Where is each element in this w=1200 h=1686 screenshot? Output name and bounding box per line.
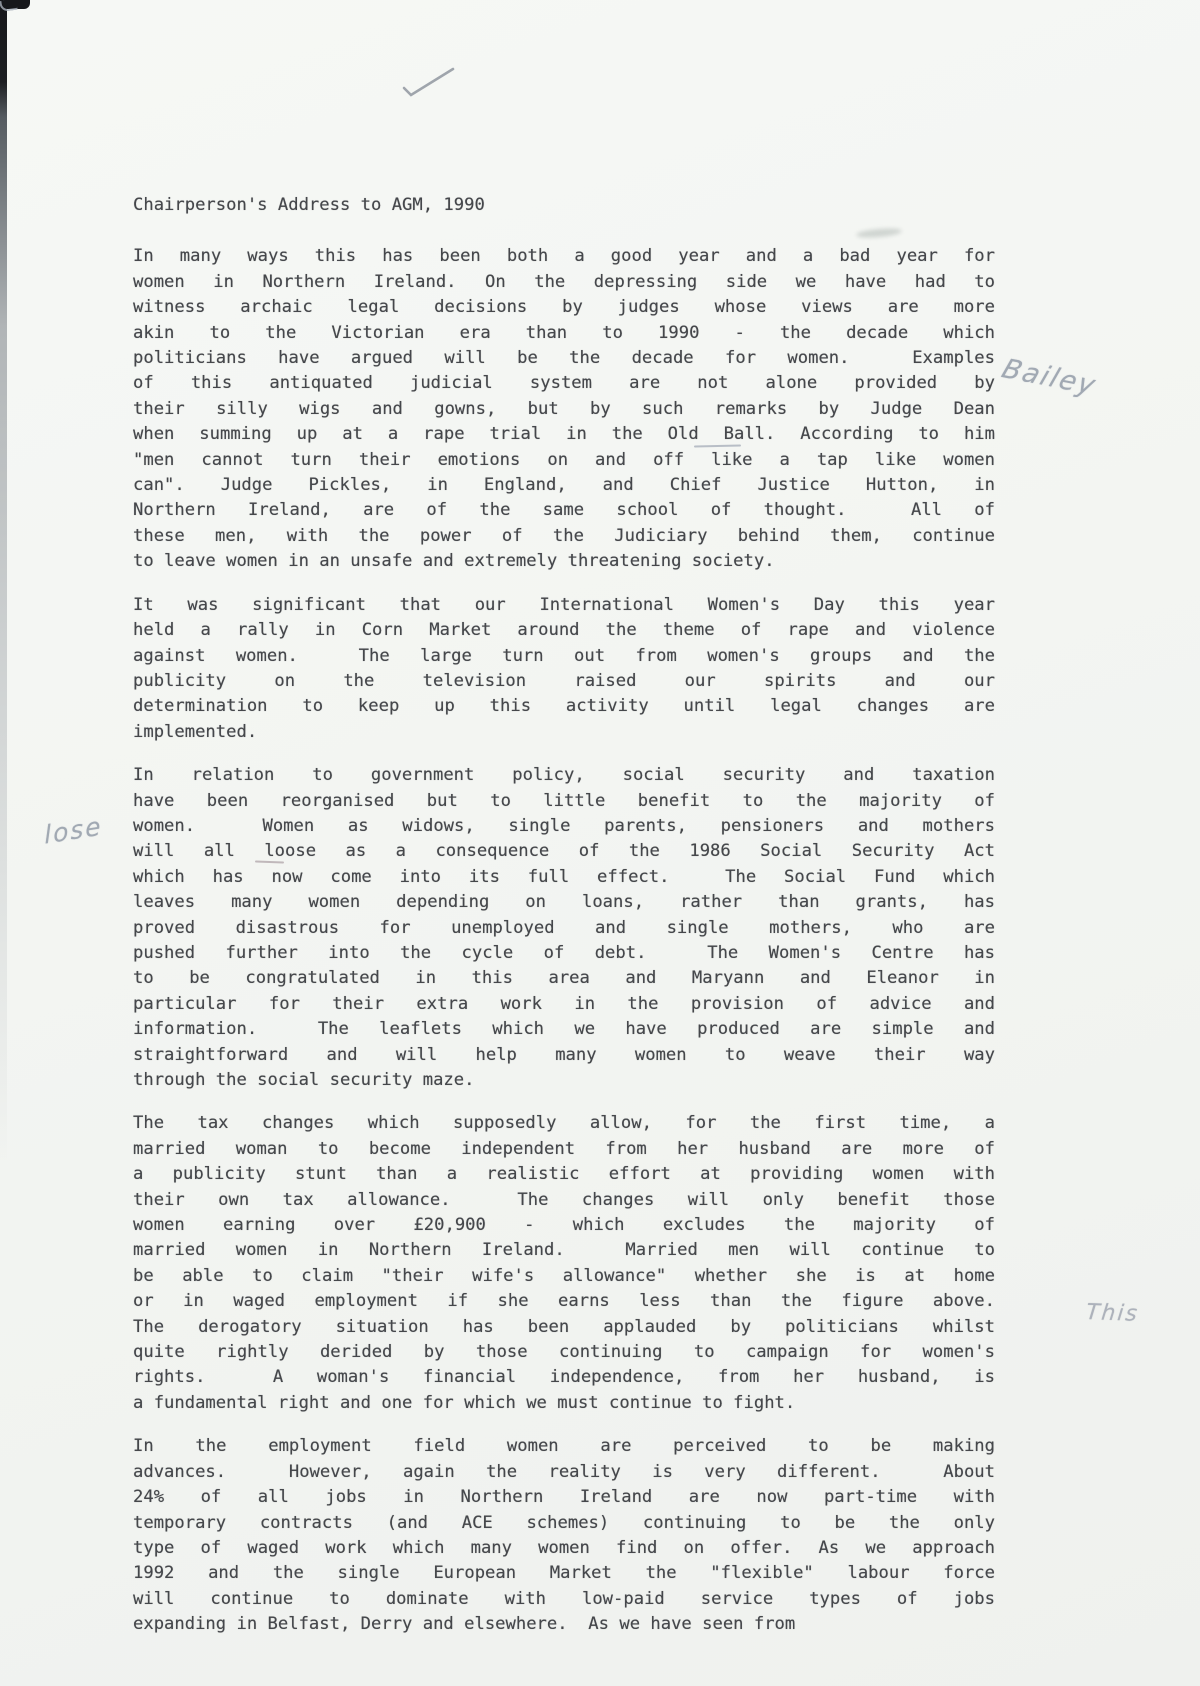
text-line: witness archaic legal decisions by judge… (133, 295, 995, 320)
text-line: politicians have argued will be the deca… (133, 346, 995, 371)
text-line: held a rally in Corn Market around the t… (133, 618, 995, 643)
text-line: women earning over £20,900 - which exclu… (133, 1213, 995, 1238)
text-line: a publicity stunt than a realistic effor… (133, 1162, 995, 1187)
paragraph: In the employment field women are percei… (133, 1434, 995, 1637)
text-line: can". Judge Pickles, in England, and Chi… (133, 473, 995, 498)
text-line: In many ways this has been both a good y… (133, 244, 995, 269)
checkmark-icon (393, 60, 459, 102)
text-line: their own tax allowance. The changes wil… (133, 1188, 995, 1213)
paragraph: The tax changes which supposedly allow, … (133, 1111, 995, 1416)
text-line: proved disastrous for unemployed and sin… (133, 916, 995, 941)
text-line: temporary contracts (and ACE schemes) co… (133, 1511, 995, 1536)
text-line: "men cannot turn their emotions on and o… (133, 448, 995, 473)
text-line: to be congratulated in this area and Mar… (133, 966, 995, 991)
text-line: to leave women in an unsafe and extremel… (133, 549, 995, 574)
text-line: or in waged employment if she earns less… (133, 1289, 995, 1314)
text-line: be able to claim "their wife's allowance… (133, 1264, 995, 1289)
text-line: The derogatory situation has been applau… (133, 1315, 995, 1340)
page-title: Chairperson's Address to AGM, 1990 (133, 193, 995, 218)
text-line: It was significant that our Internationa… (133, 593, 995, 618)
text-line: these men, with the power of the Judicia… (133, 524, 995, 549)
text-line: will continue to dominate with low-paid … (133, 1587, 995, 1612)
text-line: straightforward and will help many women… (133, 1043, 995, 1068)
text-line: particular for their extra work in the p… (133, 992, 995, 1017)
text-line: advances. However, again the reality is … (133, 1460, 995, 1485)
text-line: The tax changes which supposedly allow, … (133, 1111, 995, 1136)
document-body: In many ways this has been both a good y… (133, 244, 995, 1637)
text-line: quite rightly derided by those continuin… (133, 1340, 995, 1365)
handwritten-note-bailey: Bailey (998, 354, 1101, 402)
text-line: have been reorganised but to little bene… (133, 789, 995, 814)
paragraph: In many ways this has been both a good y… (133, 244, 995, 574)
text-line: akin to the Victorian era than to 1990 -… (133, 321, 995, 346)
scanned-page: Chairperson's Address to AGM, 1990 In ma… (0, 0, 1200, 1686)
text-line: expanding in Belfast, Derry and elsewher… (133, 1612, 995, 1637)
text-line: In relation to government policy, social… (133, 763, 995, 788)
text-line: women in Northern Ireland. On the depres… (133, 270, 995, 295)
text-line: 24% of all jobs in Northern Ireland are … (133, 1485, 995, 1510)
text-line: through the social security maze. (133, 1068, 995, 1093)
text-line: a fundamental right and one for which we… (133, 1391, 995, 1416)
text-line: married woman to become independent from… (133, 1137, 995, 1162)
text-line: leaves many women depending on loans, ra… (133, 890, 995, 915)
text-line: determination to keep up this activity u… (133, 694, 995, 719)
text-line: information. The leaflets which we have … (133, 1017, 995, 1042)
scan-edge-artifact-left (0, 0, 7, 1170)
paragraph: It was significant that our Internationa… (133, 593, 995, 745)
text-line: of this antiquated judicial system are n… (133, 371, 995, 396)
text-line: rights. A woman's financial independence… (133, 1365, 995, 1390)
text-line: implemented. (133, 720, 995, 745)
text-line: married women in Northern Ireland. Marri… (133, 1238, 995, 1263)
text-line: publicity on the television raised our s… (133, 669, 995, 694)
text-line: 1992 and the single European Market the … (133, 1561, 995, 1586)
text-line: which has now come into its full effect.… (133, 865, 995, 890)
text-line: their silly wigs and gowns, but by such … (133, 397, 995, 422)
paragraph: In relation to government policy, social… (133, 763, 995, 1093)
text-line: women. Women as widows, single parents, … (133, 814, 995, 839)
handwritten-note-lose: lose (44, 811, 103, 849)
document-text: Chairperson's Address to AGM, 1990 In ma… (133, 193, 995, 1638)
text-line: type of waged work which many women find… (133, 1536, 995, 1561)
text-line: In the employment field women are percei… (133, 1434, 995, 1459)
text-line: pushed further into the cycle of debt. T… (133, 941, 995, 966)
text-line: Northern Ireland, are of the same school… (133, 498, 995, 523)
text-line: when summing up at a rape trial in the O… (133, 422, 995, 447)
handwritten-note-this: This (1085, 1300, 1141, 1327)
text-line: against women. The large turn out from w… (133, 644, 995, 669)
